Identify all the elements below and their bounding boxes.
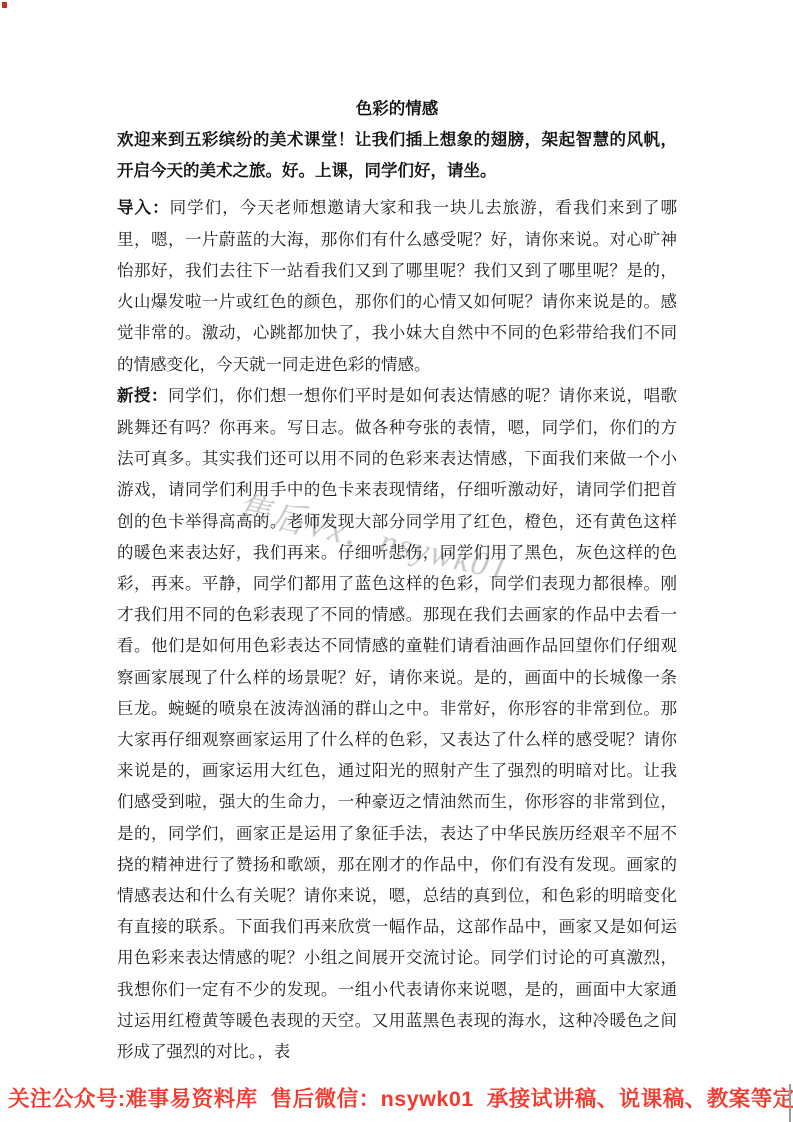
promo-footer-text: 关注公众号:难事易资料库 售后微信：nsywk01 承接试讲稿、说课稿、教案等定… [8, 1086, 793, 1112]
xinshou-paragraph: 新授：同学们，你们想一想你们平时是如何表达情感的呢？请你来说，唱歌跳舞还有吗？你… [117, 380, 677, 1067]
page-title: 色彩的情感 [117, 94, 677, 125]
daoru-text: 同学们，今天老师想邀请大家和我一块儿去旅游，看我们来到了哪里，嗯，一片蔚蓝的大海… [117, 198, 677, 374]
daoru-label: 导入： [117, 199, 170, 217]
right-edge-line [789, 1084, 791, 1122]
document-page: 售后Vx．nsywk01 色彩的情感 欢迎来到五彩缤纷的美术课堂！让我们插上想象… [0, 0, 793, 1122]
xinshou-text: 同学们，你们想一想你们平时是如何表达情感的呢？请你来说，唱歌跳舞还有吗？你再来。… [117, 386, 677, 1061]
corner-red-mark [2, 2, 7, 8]
intro-paragraph: 欢迎来到五彩缤纷的美术课堂！让我们插上想象的翅膀，架起智慧的风帆，开启今天的美术… [117, 125, 677, 187]
daoru-paragraph: 导入：同学们，今天老师想邀请大家和我一块儿去旅游，看我们来到了哪里，嗯，一片蔚蓝… [117, 192, 677, 380]
document-body: 色彩的情感 欢迎来到五彩缤纷的美术课堂！让我们插上想象的翅膀，架起智慧的风帆，开… [117, 94, 677, 1067]
xinshou-label: 新授： [117, 387, 168, 405]
